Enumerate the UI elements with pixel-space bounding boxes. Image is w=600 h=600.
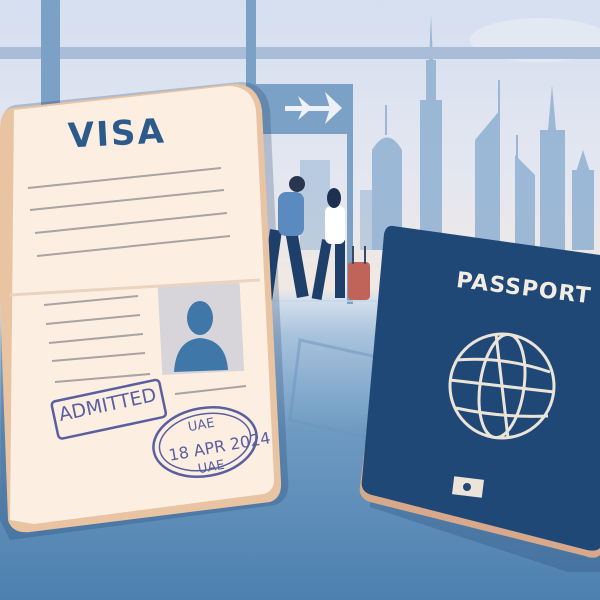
biometric-chip-icon [452, 476, 484, 498]
airport-scene: VISA ADMITTED UAE 18 APR 2024 UAE PASSPO… [0, 0, 600, 600]
background-illustration [0, 0, 600, 600]
visa-title: VISA [67, 111, 167, 156]
